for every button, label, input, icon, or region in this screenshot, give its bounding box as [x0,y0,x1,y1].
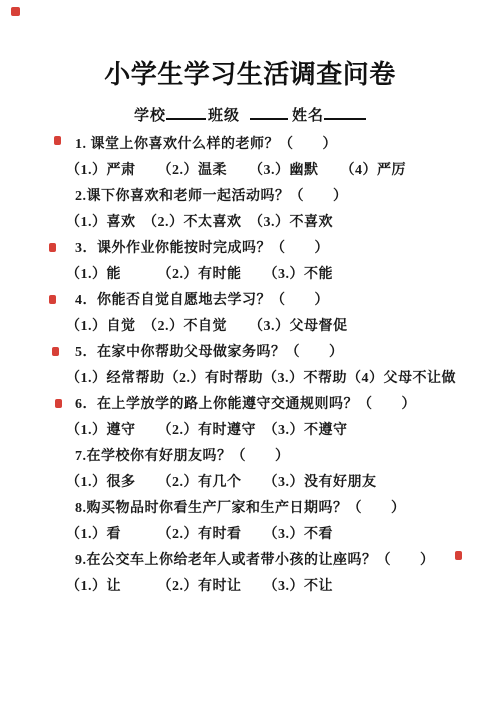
class-label: 班级 [208,108,240,124]
header-fill-in-row: 学校班级姓名 [0,105,500,126]
question-options: （1.）自觉 （2.）不自觉 （3.）父母督促 [66,314,500,340]
red-ink-speck-artifact [455,551,462,560]
question-item-1: 1. 课堂上你喜欢什么样的老师？（ ） （1.）严肃 （2.）温柔 （3.）幽默… [66,132,500,184]
red-ink-speck-artifact [11,7,20,16]
question-text: 9.在公交车上你给老年人或者带小孩的让座吗？（ ） [66,548,500,574]
question-item-9: 9.在公交车上你给老年人或者带小孩的让座吗？（ ） （1.）让 （2.）有时让 … [66,548,500,600]
question-options: （1.）经常帮助（2.）有时帮助（3.）不帮助（4）父母不让做 [66,366,500,392]
name-blank-field [324,105,366,120]
question-list: 1. 课堂上你喜欢什么样的老师？（ ） （1.）严肃 （2.）温柔 （3.）幽默… [0,132,500,600]
question-item-4: 4．你能否自觉自愿地去学习？（ ） （1.）自觉 （2.）不自觉 （3.）父母督… [66,288,500,340]
question-item-6: 6．在上学放学的路上你能遵守交通规则吗？（ ） （1.）遵守 （2.）有时遵守 … [66,392,500,444]
page-title: 小学生学习生活调查问卷 [0,0,500,92]
red-ink-speck-artifact [49,295,56,304]
question-text: 7.在学校你有好朋友吗？（ ） [66,444,500,470]
question-text: 8.购买物品时你看生产厂家和生产日期吗？（ ） [66,496,500,522]
question-options: （1.）喜欢 （2.）不太喜欢 （3.）不喜欢 [66,210,500,236]
questionnaire-document: 小学生学习生活调查问卷 学校班级姓名 1. 课堂上你喜欢什么样的老师？（ ） （… [0,0,500,707]
question-text: 6．在上学放学的路上你能遵守交通规则吗？（ ） [66,392,500,418]
red-ink-speck-artifact [52,347,59,356]
question-text: 1. 课堂上你喜欢什么样的老师？（ ） [66,132,500,158]
question-options: （1.）遵守 （2.）有时遵守 （3.）不遵守 [66,418,500,444]
question-options: （1.）能 （2.）有时能 （3.）不能 [66,262,500,288]
red-ink-speck-artifact [49,243,56,252]
class-blank-field [250,105,288,120]
question-text: 2.课下你喜欢和老师一起活动吗？（ ） [66,184,500,210]
school-blank-field [166,105,206,120]
question-options: （1.）严肃 （2.）温柔 （3.）幽默 （4）严厉 [66,158,500,184]
question-text: 5．在家中你帮助父母做家务吗？（ ） [66,340,500,366]
question-item-3: 3．课外作业你能按时完成吗？（ ） （1.）能 （2.）有时能 （3.）不能 [66,236,500,288]
question-item-5: 5．在家中你帮助父母做家务吗？（ ） （1.）经常帮助（2.）有时帮助（3.）不… [66,340,500,392]
red-ink-speck-artifact [55,399,62,408]
question-item-7: 7.在学校你有好朋友吗？（ ） （1.）很多 （2.）有几个 （3.）没有好朋友 [66,444,500,496]
question-options: （1.）看 （2.）有时看 （3.）不看 [66,522,500,548]
red-ink-speck-artifact [54,136,61,145]
name-label: 姓名 [292,108,324,124]
question-item-2: 2.课下你喜欢和老师一起活动吗？（ ） （1.）喜欢 （2.）不太喜欢 （3.）… [66,184,500,236]
question-item-8: 8.购买物品时你看生产厂家和生产日期吗？（ ） （1.）看 （2.）有时看 （3… [66,496,500,548]
question-options: （1.）很多 （2.）有几个 （3.）没有好朋友 [66,470,500,496]
school-label: 学校 [134,108,166,124]
question-text: 3．课外作业你能按时完成吗？（ ） [66,236,500,262]
question-text: 4．你能否自觉自愿地去学习？（ ） [66,288,500,314]
question-options: （1.）让 （2.）有时让 （3.）不让 [66,574,500,600]
